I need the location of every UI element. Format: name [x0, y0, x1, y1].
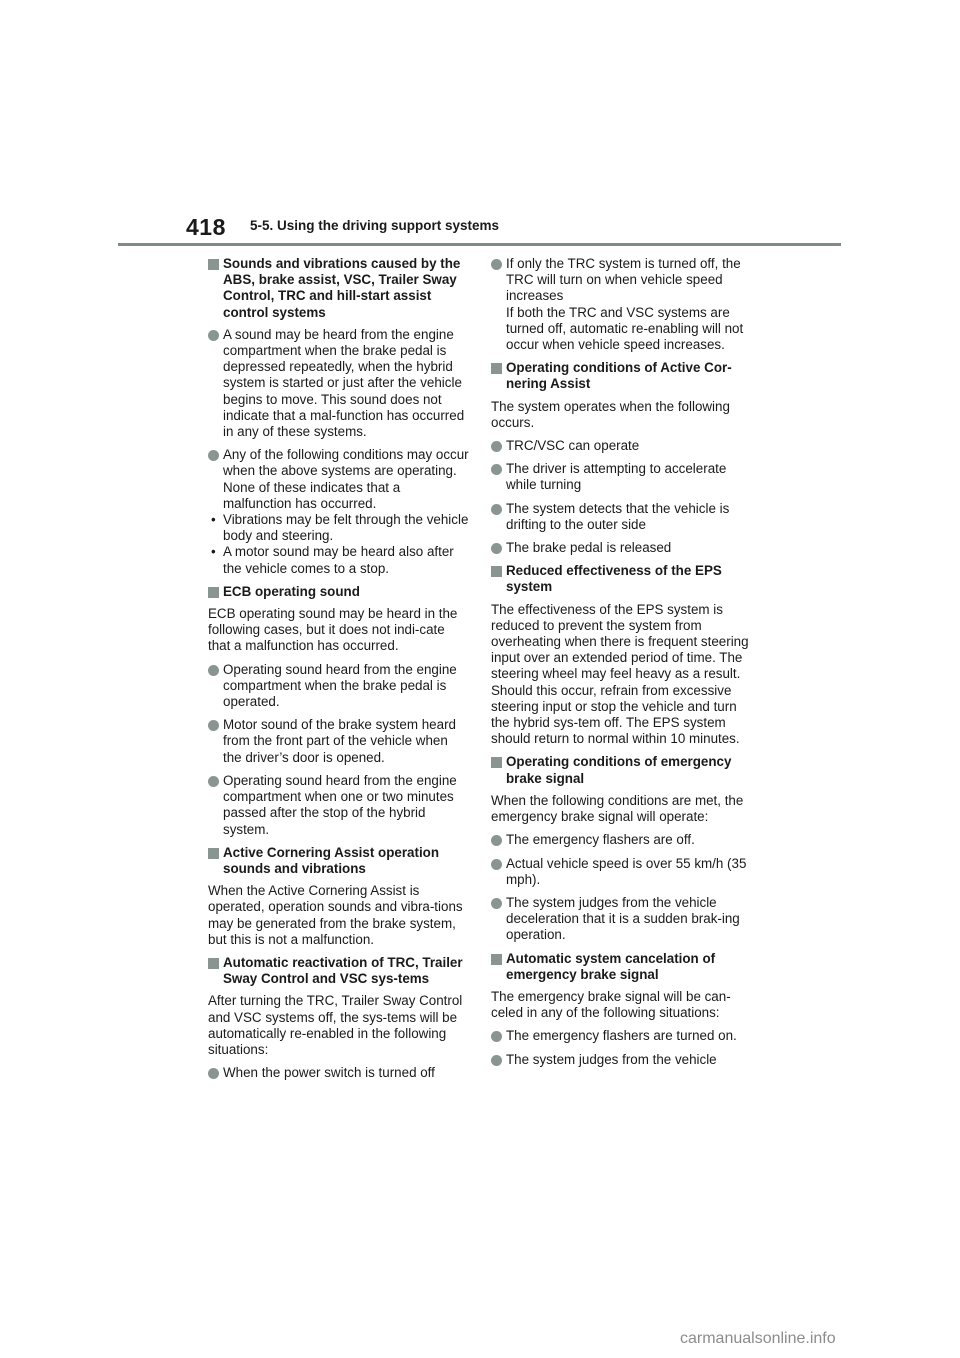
section-heading: Automatic reactivation of TRC, Trailer S…: [208, 955, 470, 987]
bullet-text: A sound may be heard from the engine com…: [223, 327, 470, 440]
bullet-item: Actual vehicle speed is over 55 km/h (35…: [491, 856, 753, 888]
bullet-item: The brake pedal is released: [491, 540, 753, 556]
square-marker-icon: [208, 848, 219, 859]
bullet-text: When the power switch is turned off: [223, 1065, 470, 1081]
section-heading: Sounds and vibrations caused by the ABS,…: [208, 256, 470, 321]
sub-bullet-item: •Vibrations may be felt through the vehi…: [208, 512, 470, 544]
circle-bullet-icon: [208, 776, 219, 787]
bullet-extra-text: If both the TRC and VSC systems are turn…: [506, 305, 753, 354]
circle-bullet-icon: [491, 464, 502, 475]
heading-text: Sounds and vibrations caused by the ABS,…: [223, 256, 460, 320]
square-marker-icon: [208, 958, 219, 969]
heading-text: Operating conditions of emergency brake …: [506, 754, 731, 785]
section-heading: Reduced effectiveness of the EPS system: [491, 563, 753, 595]
dot-marker-icon: •: [211, 544, 216, 560]
bullet-text: Any of the following conditions may occu…: [223, 447, 470, 512]
bullet-item: When the power switch is turned off: [208, 1065, 470, 1081]
circle-bullet-icon: [491, 859, 502, 870]
section-heading: Active Cornering Assist operation sounds…: [208, 845, 470, 877]
bullet-item: The system detects that the vehicle is d…: [491, 501, 753, 533]
bullet-item: Operating sound heard from the engine co…: [208, 662, 470, 711]
bullet-text: The emergency flashers are off.: [506, 832, 753, 848]
bullet-text: Actual vehicle speed is over 55 km/h (35…: [506, 856, 753, 888]
heading-text: ECB operating sound: [223, 584, 360, 599]
square-marker-icon: [208, 587, 219, 598]
header-rule: [118, 243, 841, 246]
bullet-text: Operating sound heard from the engine co…: [223, 662, 470, 711]
circle-bullet-icon: [208, 720, 219, 731]
right-column: If only the TRC system is turned off, th…: [491, 256, 753, 1075]
section-heading: Automatic system cancelation of emergenc…: [491, 951, 753, 983]
bullet-text: The brake pedal is released: [506, 540, 753, 556]
bullet-text: The system judges from the vehicle decel…: [506, 895, 753, 944]
bullet-item: A sound may be heard from the engine com…: [208, 327, 470, 440]
circle-bullet-icon: [491, 543, 502, 554]
bullet-item: TRC/VSC can operate: [491, 438, 753, 454]
sub-bullet-text: Vibrations may be felt through the vehic…: [223, 512, 468, 543]
bullet-item: Any of the following conditions may occu…: [208, 447, 470, 577]
paragraph: ECB operating sound may be heard in the …: [208, 606, 470, 655]
square-marker-icon: [208, 259, 219, 270]
circle-bullet-icon: [491, 898, 502, 909]
heading-text: Automatic reactivation of TRC, Trailer S…: [223, 955, 463, 986]
square-marker-icon: [491, 363, 502, 374]
paragraph: The system operates when the following o…: [491, 399, 753, 431]
chapter-title: 5-5. Using the driving support systems: [250, 218, 499, 233]
left-column: Sounds and vibrations caused by the ABS,…: [208, 256, 470, 1088]
square-marker-icon: [491, 954, 502, 965]
paragraph: The effectiveness of the EPS system is r…: [491, 602, 753, 748]
circle-bullet-icon: [208, 665, 219, 676]
watermark: carmanualsonline.info: [680, 1330, 836, 1348]
dot-marker-icon: •: [211, 512, 216, 528]
bullet-item: Operating sound heard from the engine co…: [208, 773, 470, 838]
circle-bullet-icon: [491, 1031, 502, 1042]
section-heading: Operating conditions of emergency brake …: [491, 754, 753, 786]
bullet-item: The emergency flashers are turned on.: [491, 1028, 753, 1044]
circle-bullet-icon: [491, 441, 502, 452]
bullet-text: The driver is attempting to accelerate w…: [506, 461, 753, 493]
bullet-item: The driver is attempting to accelerate w…: [491, 461, 753, 493]
bullet-text: Motor sound of the brake system heard fr…: [223, 717, 470, 766]
circle-bullet-icon: [208, 450, 219, 461]
bullet-text: The system detects that the vehicle is d…: [506, 501, 753, 533]
heading-text: Active Cornering Assist operation sounds…: [223, 845, 439, 876]
bullet-text: TRC/VSC can operate: [506, 438, 753, 454]
bullet-text: If only the TRC system is turned off, th…: [506, 256, 753, 305]
bullet-item: Motor sound of the brake system heard fr…: [208, 717, 470, 766]
square-marker-icon: [491, 566, 502, 577]
sub-bullet-item: •A motor sound may be heard also after t…: [208, 544, 470, 576]
circle-bullet-icon: [208, 330, 219, 341]
bullet-text: Operating sound heard from the engine co…: [223, 773, 470, 838]
bullet-text: The emergency flashers are turned on.: [506, 1028, 753, 1044]
section-heading: ECB operating sound: [208, 584, 470, 600]
paragraph: After turning the TRC, Trailer Sway Cont…: [208, 993, 470, 1058]
page-number: 418: [186, 214, 226, 241]
bullet-item: The system judges from the vehicle: [491, 1052, 753, 1068]
heading-text: Automatic system cancelation of emergenc…: [506, 951, 715, 982]
paragraph: The emergency brake signal will be can-c…: [491, 989, 753, 1021]
circle-bullet-icon: [491, 504, 502, 515]
paragraph: When the following conditions are met, t…: [491, 793, 753, 825]
square-marker-icon: [491, 757, 502, 768]
section-heading: Operating conditions of Active Cor-nerin…: [491, 360, 753, 392]
heading-text: Operating conditions of Active Cor-nerin…: [506, 360, 732, 391]
circle-bullet-icon: [491, 1055, 502, 1066]
heading-text: Reduced effectiveness of the EPS system: [506, 563, 722, 594]
circle-bullet-icon: [491, 835, 502, 846]
bullet-item: The system judges from the vehicle decel…: [491, 895, 753, 944]
paragraph: When the Active Cornering Assist is oper…: [208, 883, 470, 948]
sub-bullet-text: A motor sound may be heard also after th…: [223, 544, 454, 575]
bullet-item: The emergency flashers are off.: [491, 832, 753, 848]
bullet-item: If only the TRC system is turned off, th…: [491, 256, 753, 353]
bullet-text: The system judges from the vehicle: [506, 1052, 753, 1068]
circle-bullet-icon: [491, 259, 502, 270]
circle-bullet-icon: [208, 1068, 219, 1079]
